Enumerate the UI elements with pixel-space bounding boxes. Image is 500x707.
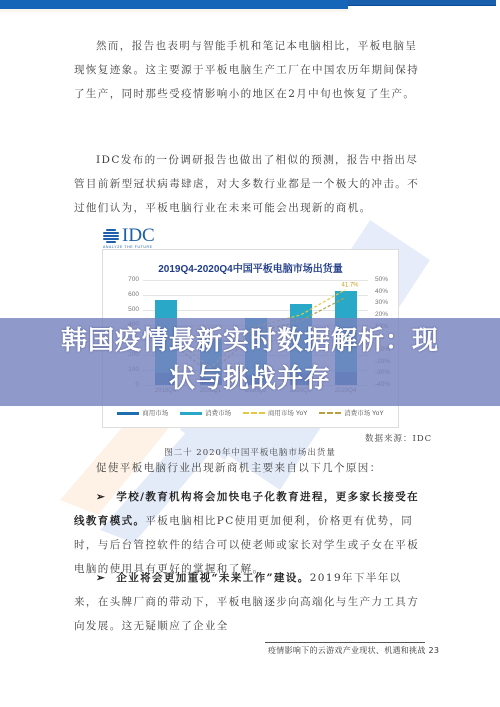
chart-legend: 商用市场 消费市场 商用市场 YoY 消费市场 YoY bbox=[103, 408, 398, 417]
overlay-title-line1: 韩国疫情最新实时数据解析：现 bbox=[0, 322, 500, 360]
legend-item-commercial: 商用市场 bbox=[117, 408, 168, 417]
paragraph-idc-report: IDC发布的一份调研报告也做出了相似的预测，报告中指出尽管目前新型冠状病毒肆虐，… bbox=[74, 148, 424, 220]
page-footer: 疫情影响下的云游戏产业现状、机遇和挑战 23 bbox=[268, 645, 439, 656]
paragraph-text: 促使平板电脑行业出现新商机主要来自以下几个原因： bbox=[96, 462, 382, 474]
y-tick-right: 20% bbox=[375, 311, 388, 318]
header-bar-left bbox=[0, 0, 348, 9]
figure-source: 数据来源：IDC bbox=[365, 432, 432, 444]
bullet-heading: 企业将会更加重视“未来工作”建设。 bbox=[116, 572, 309, 584]
top-header-bar bbox=[0, 0, 500, 9]
y-tick-right: 30% bbox=[375, 299, 388, 306]
y-tick-left: 500 bbox=[113, 306, 139, 313]
y-tick-left: 600 bbox=[113, 291, 139, 298]
y-tick-right: 50% bbox=[375, 276, 388, 283]
header-bar-right bbox=[348, 0, 496, 6]
idc-logo: IDC ANALYZE THE FUTURE bbox=[103, 227, 173, 249]
bullet-arrow-icon: ➢ bbox=[96, 572, 116, 584]
paragraph-reasons-intro: 促使平板电脑行业出现新商机主要来自以下几个原因： bbox=[74, 456, 424, 480]
legend-item-consumer-yoy: 消费市场 YoY bbox=[319, 408, 384, 417]
footer-divider bbox=[265, 642, 425, 643]
paragraph-recovery: 然而，报告也表明与智能手机和笔记本电脑相比，平板电脑呈现恢复迹象。这主要源于平板… bbox=[74, 34, 424, 106]
svg-text:41.7%: 41.7% bbox=[342, 283, 360, 289]
overlay-title: 韩国疫情最新实时数据解析：现 状与挑战并存 bbox=[0, 322, 500, 398]
chart-title: 2019Q4-2020Q4中国平板电脑市场出货量 bbox=[103, 260, 398, 275]
paragraph-text: IDC发布的一份调研报告也做出了相似的预测，报告中指出尽管目前新型冠状病毒肆虐，… bbox=[74, 154, 419, 214]
bullet-future-work: ➢ 企业将会更加重视“未来工作”建设。2019年下半年以来，在头牌厂商的带动下，… bbox=[74, 566, 424, 638]
idc-globe-icon bbox=[103, 229, 119, 243]
y-tick-right: 40% bbox=[375, 288, 388, 295]
y-tick-left: 700 bbox=[113, 276, 139, 283]
bullet-arrow-icon: ➢ bbox=[96, 491, 116, 503]
header-bar-shadow bbox=[0, 9, 348, 12]
paragraph-text: 然而，报告也表明与智能手机和笔记本电脑相比，平板电脑呈现恢复迹象。这主要源于平板… bbox=[74, 40, 419, 100]
legend-item-commercial-yoy: 商用市场 YoY bbox=[243, 408, 308, 417]
idc-logo-name: IDC bbox=[122, 225, 155, 247]
overlay-title-line2: 状与挑战并存 bbox=[0, 360, 500, 398]
legend-item-consumer: 消费市场 bbox=[180, 408, 231, 417]
